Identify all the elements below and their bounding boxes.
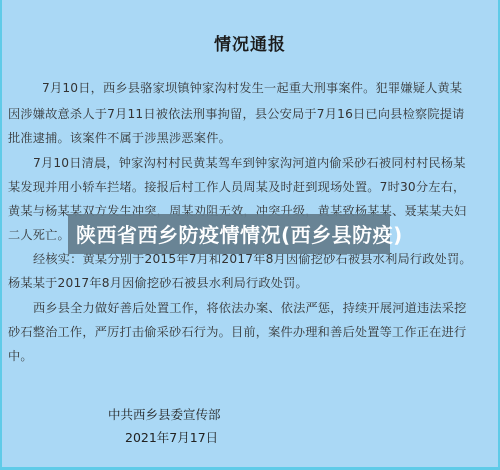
paragraph-line: 中。 [8, 347, 33, 364]
paragraph-line: 批准逮捕。该案件不属于涉黑涉恶案件。 [8, 129, 231, 146]
paragraph-line: 7月10日清晨，钟家沟村村民黄某驾车到钟家沟河道内偷采砂石被同村村民杨某 [33, 154, 466, 171]
signature-org: 中共西乡县委宣传部 [108, 405, 221, 423]
paragraph-line: 西乡县全力做好善后处置工作，将依法办案、依法严惩，持续开展河道违法采挖 [33, 299, 467, 316]
signature-date: 2021年7月17日 [125, 428, 218, 446]
paragraph-line: 杨某某于2017年8月因偷挖砂石被县水利局行政处罚。 [8, 274, 308, 291]
paragraph-line: 7月10日，西乡县骆家坝镇钟家沟村发生一起重大刑事案件。犯罪嫌疑人黄某 [42, 79, 462, 96]
paragraph-line: 二人死亡。 [8, 226, 70, 243]
paragraph-line: 砂石整治工作，严厉打击偷采砂石行为。目前，案件办理和善后处置等工作正在进行 [8, 323, 466, 340]
caption-overlay-text: 陕西省西乡防疫情情况(西乡县防疫) [76, 219, 403, 248]
document-title: 情况通报 [0, 30, 500, 55]
paragraph-line: 某发现并用小轿车拦堵。接报后村工作人员周某及时赶到现场处置。7时30分左右， [8, 178, 465, 195]
paragraph-line: 因涉嫌故意杀人于7月11日被依法刑事拘留，县公安局于7月16日已向县检察院提请 [8, 105, 465, 122]
